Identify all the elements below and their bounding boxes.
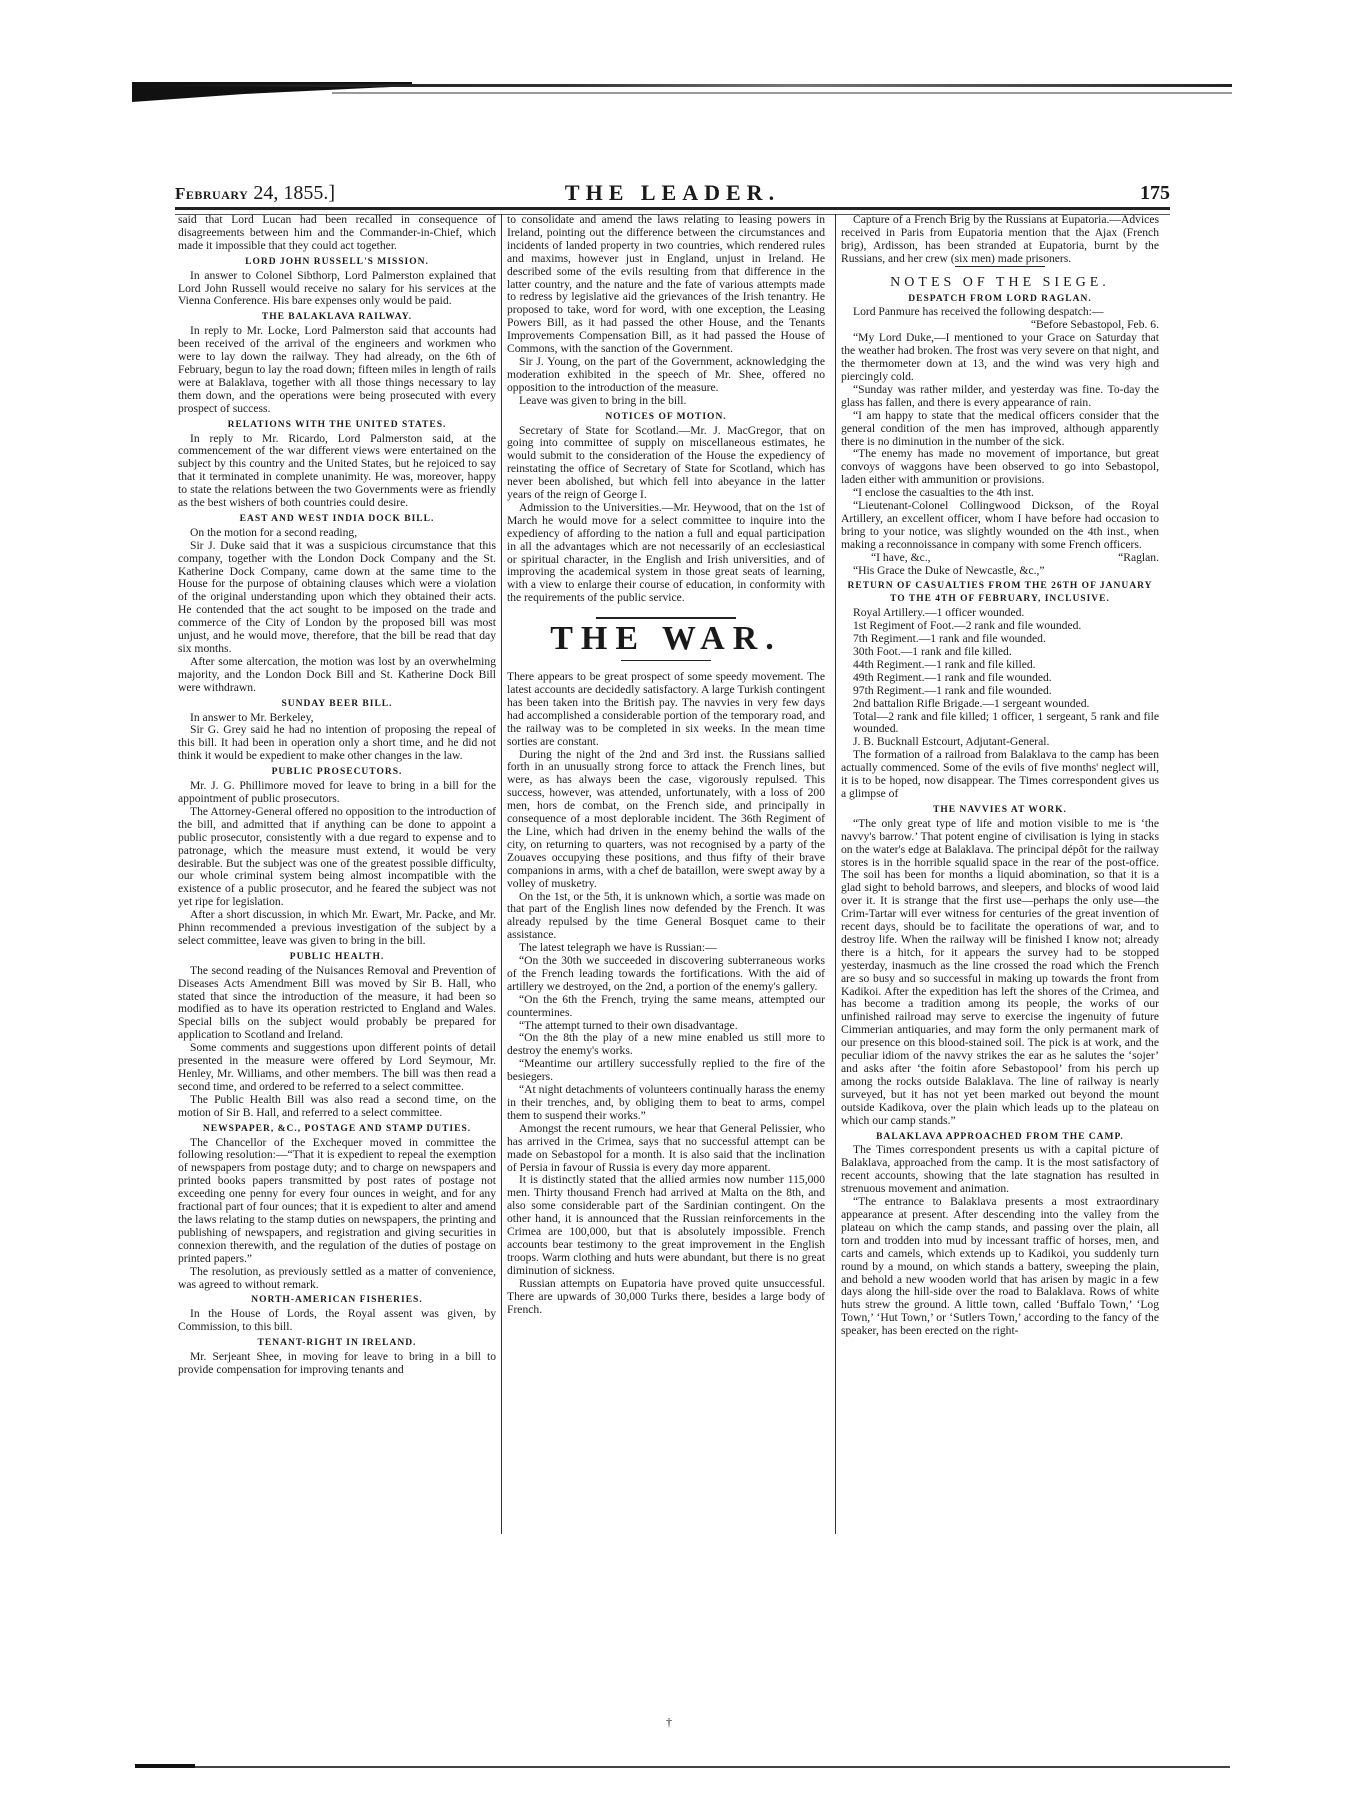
- column-parliament: said that Lord Lucan had been recalled i…: [178, 214, 496, 1377]
- article-paragraph: said that Lord Lucan had been recalled i…: [178, 214, 496, 253]
- casualty-item: Total—2 rank and file killed; 1 officer,…: [853, 711, 1159, 737]
- notice-paragraph: Admission to the Universities.—Mr. Heywo…: [507, 502, 825, 605]
- sign-off: “I have, &c.,: [871, 552, 931, 565]
- notice-paragraph: Secretary of State for Scotland.—Mr. J. …: [507, 425, 825, 502]
- quoted-paragraph: “The only great type of life and motion …: [841, 818, 1159, 1128]
- section-heading: Relations with the United States.: [178, 419, 496, 432]
- page-number: 175: [1140, 182, 1170, 205]
- section-heading: Newspaper, &c., Postage and Stamp Duties…: [178, 1123, 496, 1136]
- war-paragraph: There appears to be great prospect of so…: [507, 671, 825, 748]
- article-paragraph: The Chancellor of the Exchequer moved in…: [178, 1137, 496, 1266]
- column-divider: [835, 214, 836, 1534]
- article-paragraph: In reply to Mr. Locke, Lord Palmerston s…: [178, 325, 496, 415]
- casualty-item: 49th Regiment.—1 rank and file wounded.: [853, 672, 1159, 685]
- siege-headline: NOTES OF THE SIEGE.: [841, 277, 1159, 290]
- article-paragraph: The second reading of the Nuisances Remo…: [178, 965, 496, 1042]
- casualty-item: 30th Foot.—1 rank and file killed.: [853, 646, 1159, 659]
- article-paragraph: The Public Health Bill was also read a s…: [178, 1094, 496, 1120]
- despatch-paragraph: “I am happy to state that the medical of…: [841, 410, 1159, 449]
- section-rule: [596, 617, 736, 619]
- news-paragraph: Capture of a French Brig by the Russians…: [841, 214, 1159, 266]
- section-rule: [955, 266, 1045, 267]
- printer-mark: †: [666, 1715, 672, 1730]
- column-siege-notes: Capture of a French Brig by the Russians…: [841, 214, 1159, 1338]
- war-paragraph: “On the 30th we succeeded in discovering…: [507, 955, 825, 994]
- article-paragraph: The resolution, as previously settled as…: [178, 1266, 496, 1292]
- article-paragraph: Sir G. Grey said he had no intention of …: [178, 724, 496, 763]
- war-paragraph: “At night detachments of volunteers cont…: [507, 1084, 825, 1123]
- quoted-paragraph: “The entrance to Balaklava presents a mo…: [841, 1196, 1159, 1338]
- war-paragraph: During the night of the 2nd and 3rd inst…: [507, 749, 825, 891]
- section-heading: Lord John Russell's Mission.: [178, 256, 496, 269]
- column-the-war: to consolidate and amend the laws relati…: [507, 214, 825, 1316]
- section-heading: Return of Casualties from the 26th of Ja…: [841, 580, 1159, 606]
- article-paragraph: The Times correspondent presents us with…: [841, 1144, 1159, 1196]
- despatch-paragraph: “My Lord Duke,—I mentioned to your Grace…: [841, 332, 1159, 384]
- section-rule: [621, 660, 711, 661]
- article-paragraph: In answer to Colonel Sibthorp, Lord Palm…: [178, 270, 496, 309]
- despatch-address: “His Grace the Duke of Newcastle, &c.,”: [841, 565, 1159, 578]
- scan-artifact: [132, 82, 1232, 108]
- article-paragraph: After a short discussion, in which Mr. E…: [178, 909, 496, 948]
- casualty-item: 2nd battalion Rifle Brigade.—1 sergeant …: [853, 698, 1159, 711]
- article-paragraph: In reply to Mr. Ricardo, Lord Palmerston…: [178, 433, 496, 510]
- war-paragraph: On the 1st, or the 5th, it is unknown wh…: [507, 891, 825, 943]
- section-heading: North-American Fisheries.: [178, 1294, 496, 1307]
- section-heading: Public Prosecutors.: [178, 766, 496, 779]
- section-heading: Sunday Beer Bill.: [178, 698, 496, 711]
- newspaper-title: THE LEADER.: [175, 180, 1170, 206]
- despatch-paragraph: “Sunday was rather milder, and yesterday…: [841, 384, 1159, 410]
- war-paragraph: “Meantime our artillery successfully rep…: [507, 1058, 825, 1084]
- section-heading: Despatch from Lord Raglan.: [841, 293, 1159, 306]
- war-paragraph: “On the 6th the French, trying the same …: [507, 994, 825, 1020]
- article-paragraph: Leave was given to bring in the bill.: [507, 395, 825, 408]
- war-paragraph: It is distinctly stated that the allied …: [507, 1174, 825, 1277]
- article-paragraph: After some altercation, the motion was l…: [178, 656, 496, 695]
- column-divider: [501, 214, 502, 1534]
- section-heading: Notices of Motion.: [507, 411, 825, 424]
- article-paragraph: to consolidate and amend the laws relati…: [507, 214, 825, 356]
- casualty-item: 97th Regiment.—1 rank and file wounded.: [853, 685, 1159, 698]
- section-heading: The Balaklava Railway.: [178, 311, 496, 324]
- masthead: February 24, 1855.] THE LEADER. 175: [175, 180, 1170, 206]
- war-paragraph: Amongst the recent rumours, we hear that…: [507, 1123, 825, 1175]
- section-heading: Public Health.: [178, 951, 496, 964]
- war-paragraph: “On the 8th the play of a new mine enabl…: [507, 1032, 825, 1058]
- article-paragraph: Mr. J. G. Phillimore moved for leave to …: [178, 780, 496, 806]
- section-heading: East and West India Dock Bill.: [178, 513, 496, 526]
- despatch-signature: “I have, &c.,“Raglan.: [841, 552, 1159, 565]
- article-paragraph: Some comments and suggestions upon diffe…: [178, 1042, 496, 1094]
- casualty-item: 44th Regiment.—1 rank and file killed.: [853, 659, 1159, 672]
- article-paragraph: Sir J. Young, on the part of the Governm…: [507, 356, 825, 395]
- section-heading: Balaklava Approached from the Camp.: [841, 1131, 1159, 1144]
- article-paragraph: Sir J. Duke said that it was a suspiciou…: [178, 540, 496, 656]
- casualty-list: Royal Artillery.—1 officer wounded.1st R…: [841, 607, 1159, 736]
- signer: “Raglan.: [1118, 552, 1159, 565]
- war-headline: THE WAR.: [507, 633, 825, 646]
- section-heading: The Navvies at Work.: [841, 804, 1159, 817]
- article-paragraph: On the motion for a second reading,: [178, 527, 496, 540]
- article-paragraph: Mr. Serjeant Shee, in moving for leave t…: [178, 1351, 496, 1377]
- article-paragraph: The Attorney-General offered no oppositi…: [178, 806, 496, 909]
- bottom-rule: [135, 1766, 1230, 1768]
- article-paragraph: The formation of a railroad from Balakla…: [841, 749, 1159, 801]
- section-heading: Tenant-Right in Ireland.: [178, 1337, 496, 1350]
- war-paragraph: Russian attempts on Eupatoria have prove…: [507, 1278, 825, 1317]
- article-paragraph: In the House of Lords, the Royal assent …: [178, 1308, 496, 1334]
- despatch-paragraph: “The enemy has made no movement of impor…: [841, 448, 1159, 487]
- despatch-paragraph: “Lieutenant-Colonel Collingwood Dickson,…: [841, 500, 1159, 552]
